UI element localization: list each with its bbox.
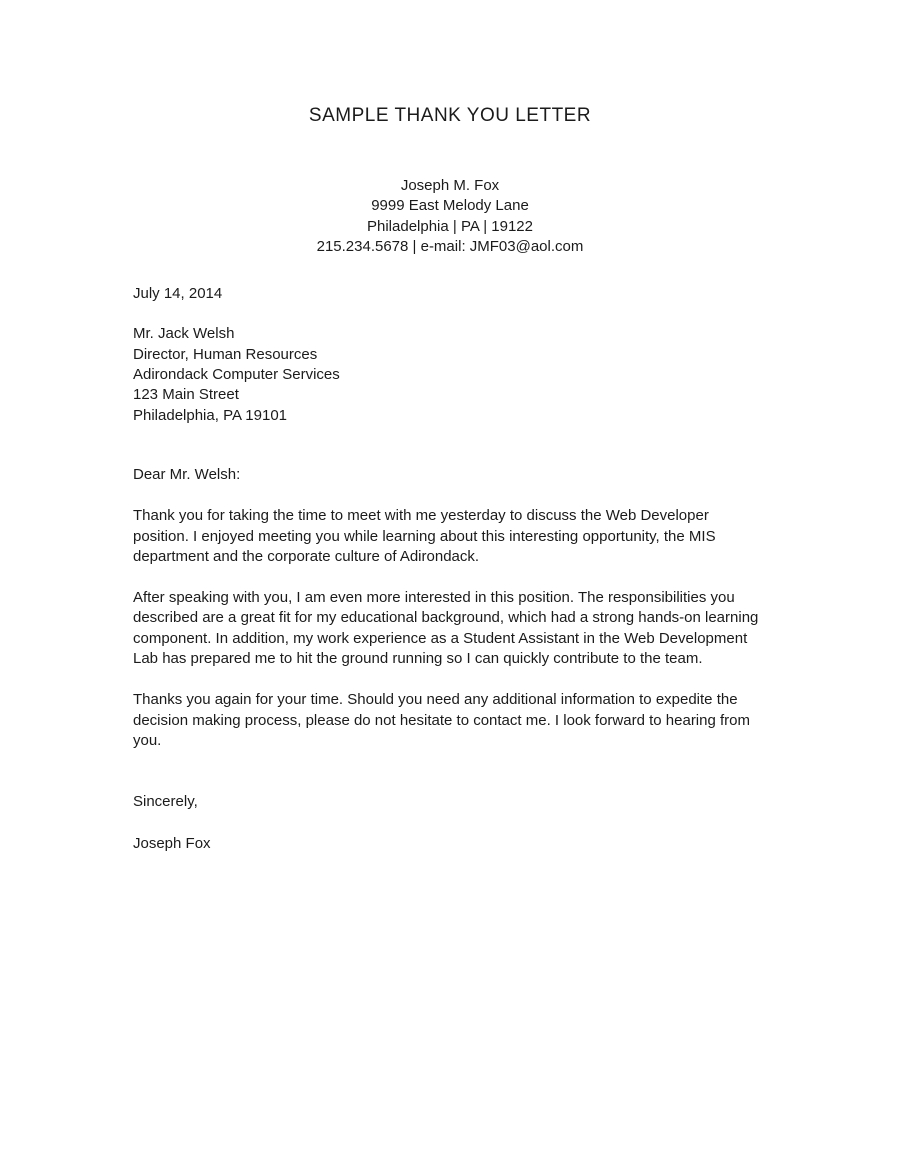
body-paragraph-1: Thank you for taking the time to meet wi… bbox=[133, 506, 767, 567]
recipient-name: Mr. Jack Welsh bbox=[133, 324, 767, 344]
sender-street: 9999 East Melody Lane bbox=[133, 196, 767, 216]
recipient-title: Director, Human Resources bbox=[133, 345, 767, 365]
sender-block: Joseph M. Fox 9999 East Melody Lane Phil… bbox=[133, 176, 767, 257]
letter-title: SAMPLE THANK YOU LETTER bbox=[133, 104, 767, 128]
sender-city-line: Philadelphia | PA | 19122 bbox=[133, 217, 767, 237]
letter-date: July 14, 2014 bbox=[133, 284, 767, 304]
recipient-company: Adirondack Computer Services bbox=[133, 365, 767, 385]
recipient-street: 123 Main Street bbox=[133, 385, 767, 405]
letter-page: SAMPLE THANK YOU LETTER Joseph M. Fox 99… bbox=[0, 0, 900, 1165]
recipient-block: Mr. Jack Welsh Director, Human Resources… bbox=[133, 324, 767, 425]
sender-contact-line: 215.234.5678 | e-mail: JMF03@aol.com bbox=[133, 237, 767, 257]
recipient-city: Philadelphia, PA 19101 bbox=[133, 406, 767, 426]
body-paragraph-3: Thanks you again for your time. Should y… bbox=[133, 690, 767, 751]
body-paragraph-2: After speaking with you, I am even more … bbox=[133, 588, 767, 669]
salutation: Dear Mr. Welsh: bbox=[133, 465, 767, 485]
closing: Sincerely, bbox=[133, 792, 767, 812]
signature-name: Joseph Fox bbox=[133, 834, 767, 854]
sender-name: Joseph M. Fox bbox=[133, 176, 767, 196]
